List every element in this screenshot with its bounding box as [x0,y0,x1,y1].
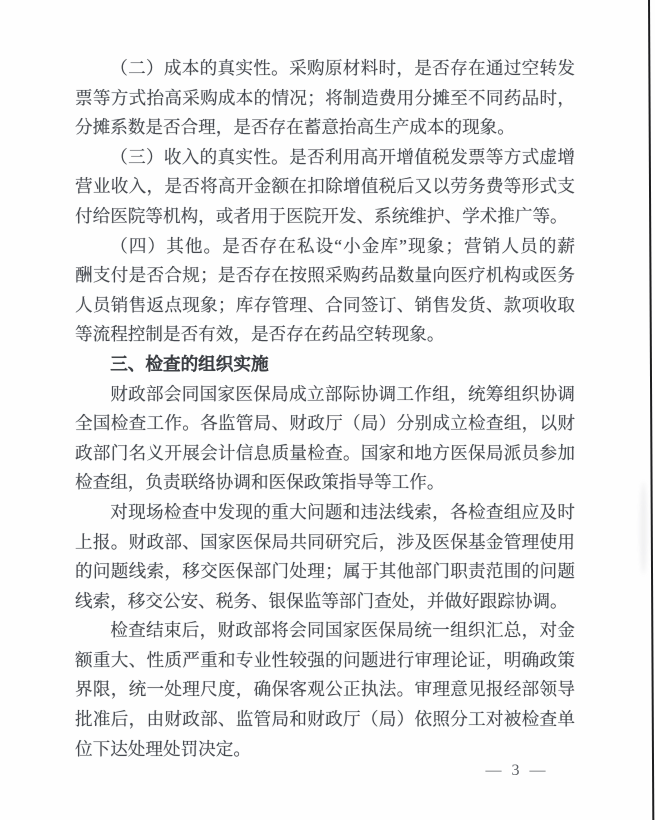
text-line: （四）其他。是否存在私设“小金库”现象；营销人员的薪 [75,232,575,262]
text-line: 额重大、性质严重和专业性较强的问题进行审理论证，明确政策 [75,646,575,676]
text-line: 检查组，负责联络协调和医保政策指导等工作。 [75,468,575,498]
scan-edge-line [648,0,655,820]
text-line: 酬支付是否合规；是否存在按照采购药品数量向医疗机构或医务 [75,261,575,291]
page-number: — 3 — [462,762,572,780]
document-page: （二）成本的真实性。采购原材料时，是否存在通过空转发票等方式抬高采购成本的情况；… [0,0,655,820]
text-line: （二）成本的真实性。采购原材料时，是否存在通过空转发 [75,54,575,84]
text-line: 的问题线索，移交医保部门处理；属于其他部门职责范围的问题 [75,557,575,587]
text-line: 营业收入，是否将高开金额在扣除增值税后又以劳务费等形式支 [75,172,575,202]
text-line: 付给医院等机构，或者用于医院开发、系统维护、学术推广等。 [75,202,575,232]
scan-smudge [640,482,647,574]
text-line: 人员销售返点现象；库存管理、合同签订、销售发货、款项收取 [75,291,575,321]
text-line: 财政部会同国家医保局成立部际协调工作组，统筹组织协调 [75,380,575,410]
text-line: 全国检查工作。各监管局、财政厅（局）分别成立检查组，以财 [75,409,575,439]
text-line: （三）收入的真实性。是否利用高开增值税发票等方式虚增 [75,143,575,173]
text-line: 分摊系数是否合理，是否存在蓄意抬高生产成本的现象。 [75,113,575,143]
text-line: 位下达处理处罚决定。 [75,735,575,765]
section-heading: 三、检查的组织实施 [75,350,575,380]
text-line: 对现场检查中发现的重大问题和违法线索，各检查组应及时 [75,498,575,528]
text-line: 等流程控制是否有效，是否存在药品空转现象。 [75,320,575,350]
text-line: 政部门名义开展会计信息质量检查。国家和地方医保局派员参加 [75,439,575,469]
text-line: 票等方式抬高采购成本的情况；将制造费用分摊至不同药品时， [75,84,575,114]
text-line: 上报。财政部、国家医保局共同研究后，涉及医保基金管理使用 [75,528,575,558]
text-line: 批准后，由财政部、监管局和财政厅（局）依照分工对被检查单 [75,705,575,735]
text-line: 检查结束后，财政部将会同国家医保局统一组织汇总，对金 [75,616,575,646]
text-line: 界限，统一处理尺度，确保客观公正执法。审理意见报经部领导 [75,675,575,705]
document-body: （二）成本的真实性。采购原材料时，是否存在通过空转发票等方式抬高采购成本的情况；… [75,54,575,764]
text-line: 线索，移交公安、税务、银保监等部门查处，并做好跟踪协调。 [75,587,575,617]
